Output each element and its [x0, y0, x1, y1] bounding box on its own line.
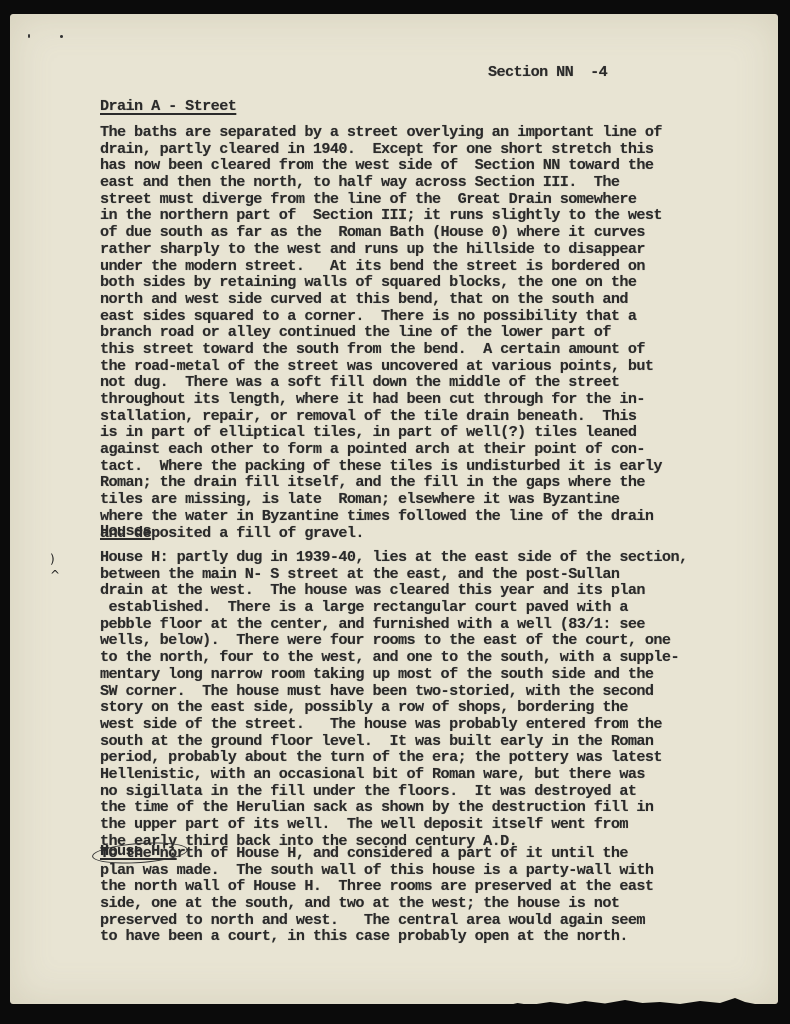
text-line: rather sharply to the west and runs up t… — [100, 241, 720, 258]
paragraph-drain-a-street: The baths are separated by a street over… — [100, 124, 720, 541]
text-line: between the main N- S street at the east… — [100, 566, 720, 583]
text-line: period, probably about the turn of the e… — [100, 749, 720, 766]
text-line: and deposited a fill of gravel. — [100, 525, 720, 542]
text-line: pebble floor at the center, and furnishe… — [100, 616, 720, 633]
text-line: established. There is a large rectangula… — [100, 599, 720, 616]
text-line: in the northern part of Section III; it … — [100, 207, 720, 224]
text-line: SW corner. The house must have been two-… — [100, 683, 720, 700]
text-line: to have been a court, in this case proba… — [100, 928, 720, 945]
text-line: west side of the street. The house was p… — [100, 716, 720, 733]
text-line: south at the ground floor level. It was … — [100, 733, 720, 750]
text-line: not dug. There was a soft fill down the … — [100, 374, 720, 391]
text-line: this street toward the south from the be… — [100, 341, 720, 358]
heading-drain-a-street: Drain A - Street — [100, 97, 236, 115]
text-line: street must diverge from the line of the… — [100, 191, 720, 208]
paragraph-house-h: House H: partly dug in 1939-40, lies at … — [100, 549, 720, 849]
heading-houses: Houses — [100, 522, 151, 540]
text-line: drain at the west. The house was cleared… — [100, 582, 720, 599]
text-line: plan was made. The south wall of this ho… — [100, 862, 720, 879]
punch-mark — [60, 35, 63, 38]
text-line: east sides squared to a corner. There is… — [100, 308, 720, 325]
text-line: side, one at the south, and two at the w… — [100, 895, 720, 912]
text-line: against each other to form a pointed arc… — [100, 441, 720, 458]
text-line: To the north of House H, and considered … — [100, 845, 720, 862]
text-line: House H: partly dug in 1939-40, lies at … — [100, 549, 720, 566]
text-line: both sides by retaining walls of squared… — [100, 274, 720, 291]
text-line: has now been cleared from the west side … — [100, 157, 720, 174]
margin-mark-caret: ^ — [50, 568, 60, 582]
paragraph-house-h-prime: To the north of House H, and considered … — [100, 845, 720, 945]
text-line: preserved to north and west. The central… — [100, 912, 720, 929]
text-line: of due south as far as the Roman Bath (H… — [100, 224, 720, 241]
punch-mark — [28, 34, 30, 38]
text-line: wells, below). There were four rooms to … — [100, 632, 720, 649]
text-line: Roman; the drain fill itself, and the fi… — [100, 474, 720, 491]
text-line: where the water in Byzantine times follo… — [100, 508, 720, 525]
page-header: Section NN -4 — [488, 63, 607, 81]
margin-mark-bracket: ) — [50, 552, 55, 566]
text-line: the upper part of its well. The well dep… — [100, 816, 720, 833]
text-line: the north wall of House H. Three rooms a… — [100, 878, 720, 895]
text-line: under the modern street. At its bend the… — [100, 258, 720, 275]
text-line: The baths are separated by a street over… — [100, 124, 720, 141]
text-line: is in part of elliptical tiles, in part … — [100, 424, 720, 441]
text-line: branch road or alley continued the line … — [100, 324, 720, 341]
text-line: to the north, four to the west, and one … — [100, 649, 720, 666]
text-line: no sigillata in the fill under the floor… — [100, 783, 720, 800]
text-line: east and then the north, to half way acr… — [100, 174, 720, 191]
text-line: drain, partly cleared in 1940. Except fo… — [100, 141, 720, 158]
text-line: Hellenistic, with an occasional bit of R… — [100, 766, 720, 783]
text-line: the time of the Herulian sack as shown b… — [100, 799, 720, 816]
text-line: story on the east side, possibly a row o… — [100, 699, 720, 716]
text-line: tiles are missing, is late Roman; elsewh… — [100, 491, 720, 508]
text-line: throughout its length, where it had been… — [100, 391, 720, 408]
text-line: tact. Where the packing of these tiles i… — [100, 458, 720, 475]
text-line: north and west side curved at this bend,… — [100, 291, 720, 308]
text-line: the road-metal of the street was uncover… — [100, 358, 720, 375]
text-line: stallation, repair, or removal of the ti… — [100, 408, 720, 425]
text-line: mentary long narrow room taking up most … — [100, 666, 720, 683]
